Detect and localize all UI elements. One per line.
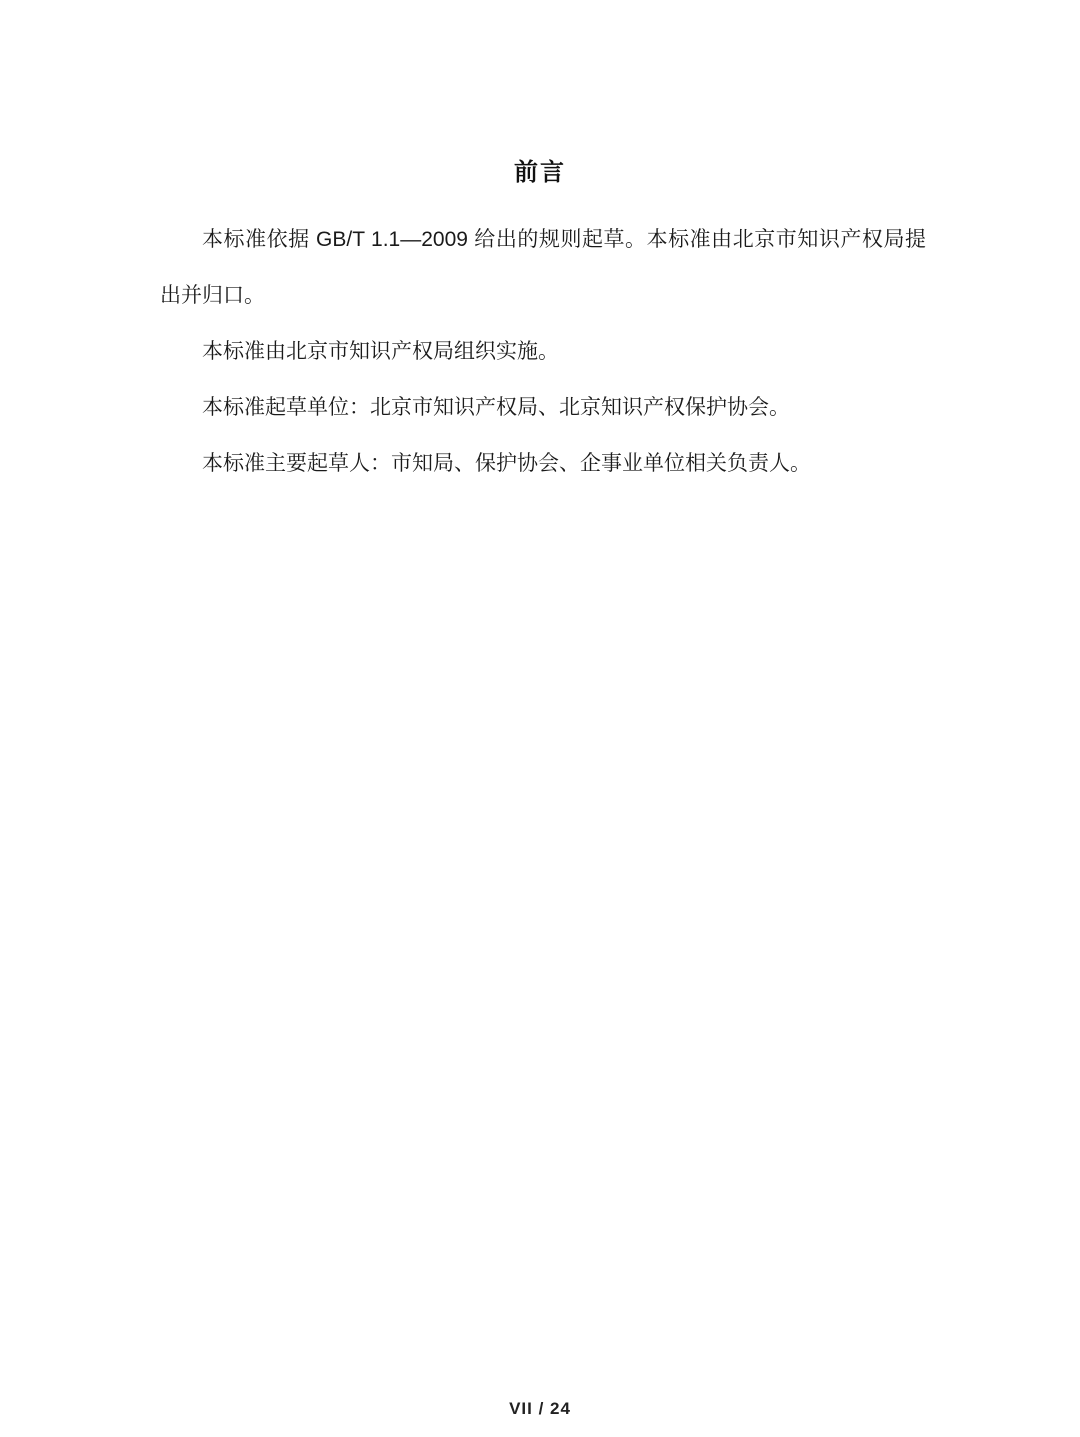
paragraph-drafting-organizations: 本标准起草单位：北京市知识产权局、北京知识产权保护协会。 <box>160 380 926 436</box>
page-title: 前言 <box>0 152 1080 187</box>
document-page: 前言 本标准依据 GB/T 1.1—2009 给出的规则起草。本标准由北京市知识… <box>0 0 1080 1437</box>
document-body: 本标准依据 GB/T 1.1—2009 给出的规则起草。本标准由北京市知识产权局… <box>160 212 926 492</box>
paragraph-implementation: 本标准由北京市知识产权局组织实施。 <box>160 324 926 380</box>
paragraph-main-drafters: 本标准主要起草人：市知局、保护协会、企事业单位相关负责人。 <box>160 436 926 492</box>
page-number: VII / 24 <box>0 1399 1080 1419</box>
paragraph-scope-basis: 本标准依据 GB/T 1.1—2009 给出的规则起草。本标准由北京市知识产权局… <box>160 212 926 324</box>
